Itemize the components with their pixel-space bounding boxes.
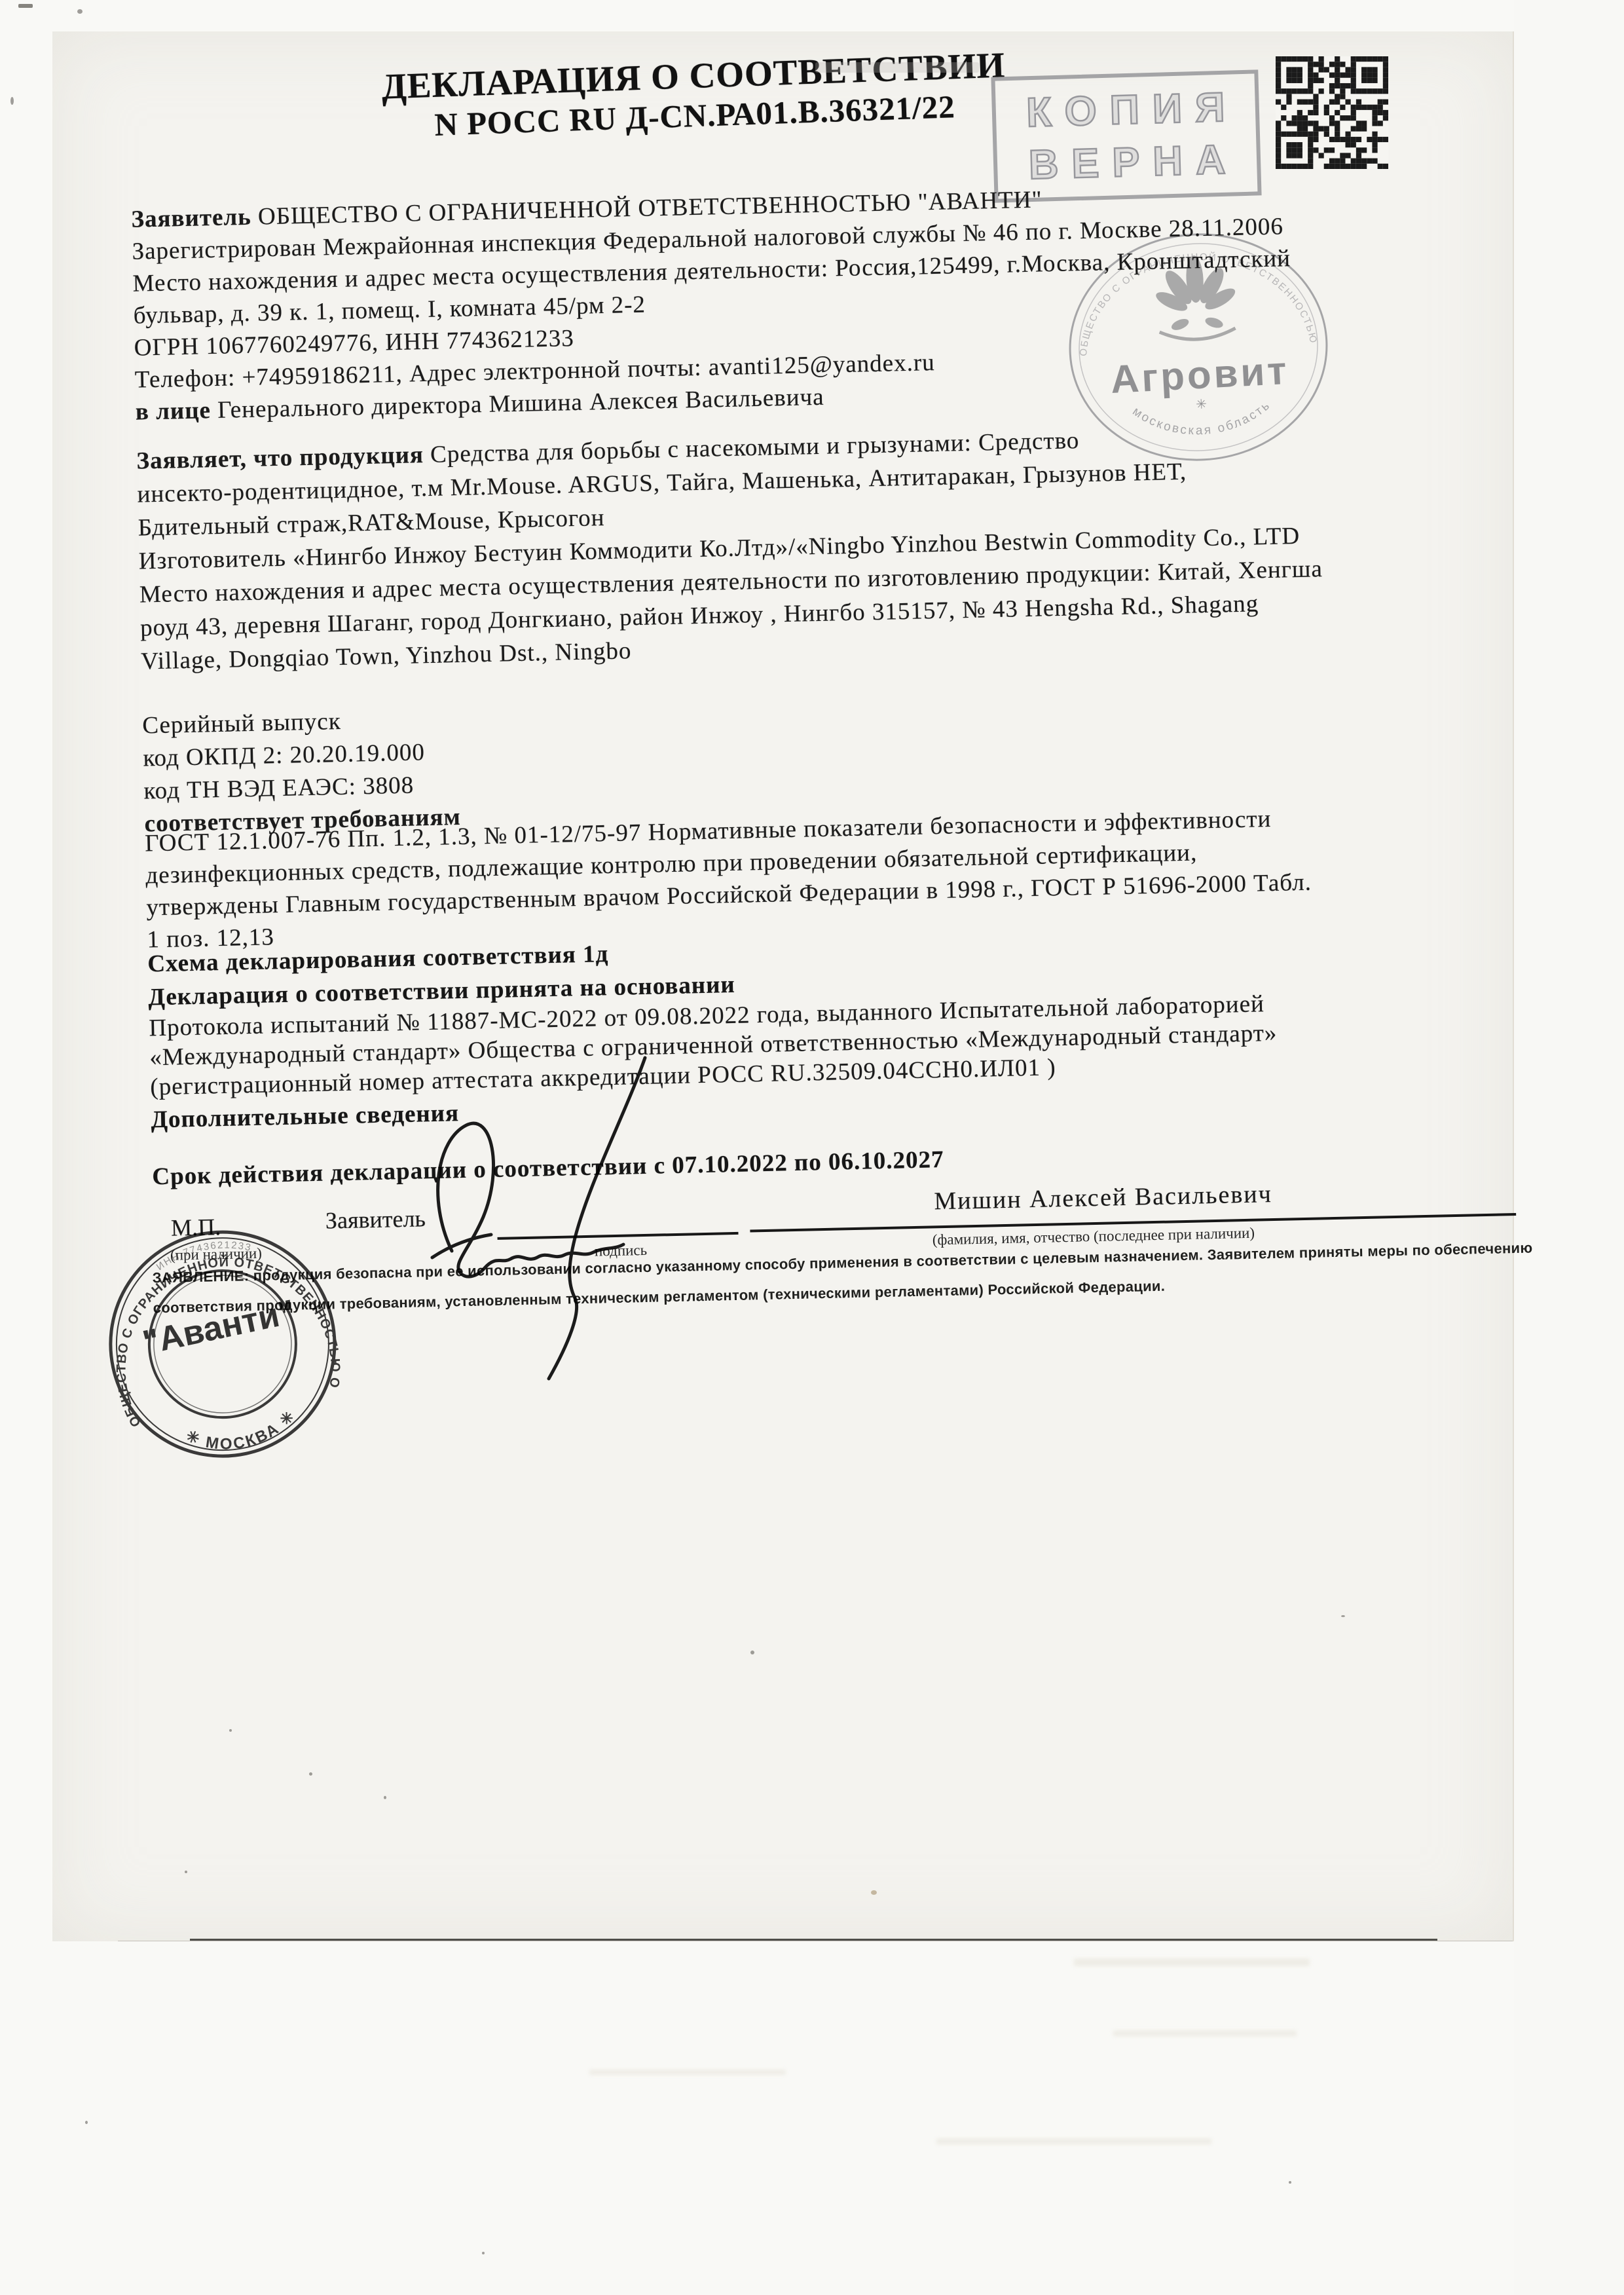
scan-speck xyxy=(750,1651,754,1654)
agrovit-stamp: Агровит ✳ ОБЩЕСТВО С ОГРАНИЧЕННОЙ ОТВЕТС… xyxy=(1058,223,1338,472)
scan-speck xyxy=(482,2252,485,2254)
name-caption: (фамилия, имя, отчество (последнее при н… xyxy=(932,1225,1255,1249)
scan-streak xyxy=(815,62,979,73)
signatory-name: Мишин Алексей Васильевич xyxy=(934,1180,1272,1216)
bleed-through-ghost xyxy=(589,2070,786,2075)
agrovit-star: ✳ xyxy=(1196,397,1208,412)
scan-speck xyxy=(384,1796,386,1799)
avanti-center-name: "Аванти" xyxy=(139,1293,299,1362)
scan-skew-layer: Заявитель ОБЩЕСТВО С ОГРАНИЧЕННОЙ ОТВЕТС… xyxy=(0,0,1624,2295)
bleed-through-ghost xyxy=(936,2138,1211,2144)
agrovit-name: Агровит xyxy=(1109,348,1290,401)
scan-speck xyxy=(85,2121,88,2124)
product-section: Заявляет, что продукция Средства для бор… xyxy=(136,413,1595,678)
scan-speck xyxy=(1289,2181,1291,2184)
scan-speck xyxy=(309,1772,312,1776)
scan-speck xyxy=(871,1890,877,1895)
scan-speck xyxy=(1341,1615,1345,1617)
scan-speck xyxy=(229,1729,232,1732)
scan-speck xyxy=(185,1871,187,1873)
signature-ink xyxy=(393,1041,720,1408)
applicant-section: Заявитель ОБЩЕСТВО С ОГРАНИЧЕННОЙ ОТВЕТС… xyxy=(131,172,1589,428)
bleed-through-ghost xyxy=(1113,2030,1297,2036)
scan-speck xyxy=(10,97,14,105)
bleed-through-ghost xyxy=(1074,1958,1310,1966)
fine-print-line1: ЗАЯВЛЕНИЕ: продукция безопасна при ее ис… xyxy=(152,1239,1532,1286)
scan-speck xyxy=(77,9,83,14)
scanned-declaration-page: ДЕКЛАРАЦИЯ О СООТВЕТСТВИИ N РОСС RU Д-CN… xyxy=(0,0,1624,2295)
scan-speck xyxy=(18,4,33,8)
